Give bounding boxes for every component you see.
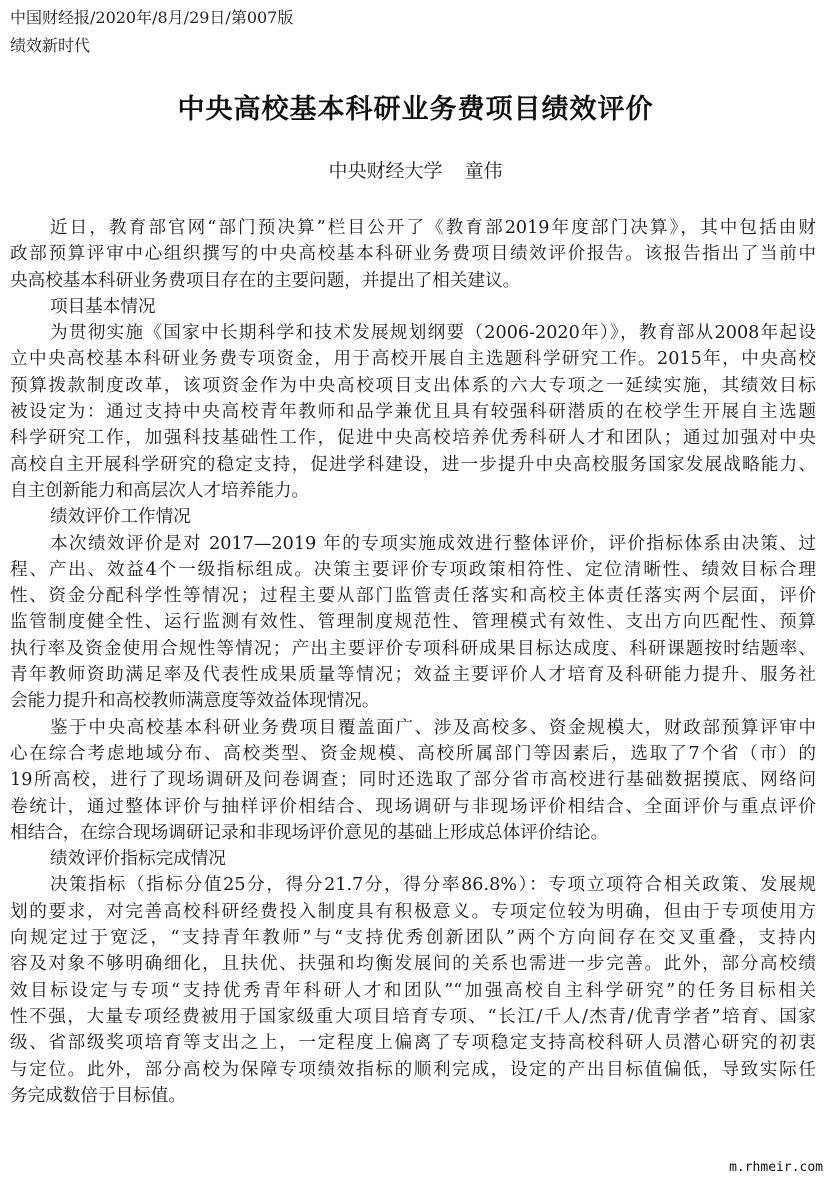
section-heading: 绩效评价指标完成情况 [10,846,816,872]
paragraph-line: 程、产出、效益4个一级指标组成。决策主要评价专项政策相符性、定位清晰性、绩效目标… [10,557,816,583]
paragraph-line: 性、资金分配科学性等情况；过程主要从部门监管责任落实和高校主体责任落实两个层面，… [10,583,816,609]
paragraph-line: 容及对象不够明确细化，且扶优、扶强和均衡发展间的关系也需进一步完善。此外，部分高… [10,951,816,977]
paragraph-line: 决策指标（指标分值25分，得分21.7分，得分率86.8%）：专项立项符合相关政… [10,872,816,898]
paragraph-line: 预算拨款制度改革，该项资金作为中央高校项目支出体系的六大专项之一延续实施，其绩效… [10,373,816,399]
paragraph-line: 会能力提升和高校教师满意度等效益体现情况。 [10,688,816,714]
source-line: 中国财经报/2020年/8月/29日/第007版 [10,8,293,28]
paragraph-line: 鉴于中央高校基本科研业务费项目覆盖面广、涉及高校多、资金规模大，财政部预算评审中 [10,715,816,741]
paragraph-line: 立中央高校基本科研业务费专项资金，用于高校开展自主选题科学研究工作。2015年，… [10,346,816,372]
paragraph-line: 自主创新能力和高层次人才培养能力。 [10,478,816,504]
paragraph-line: 19所高校，进行了现场调研及问卷调查；同时还选取了部分省市高校进行基础数据摸底、… [10,767,816,793]
paragraph-line: 效目标设定与专项“支持优秀青年科研人才和团队”“加强高校自主科学研究”的任务目标… [10,978,816,1004]
watermark: m.rhmeir.com [727,1160,825,1176]
paragraph-line: 卷统计，通过整体评价与抽样评价相结合、现场调研与非现场评价相结合、全面评价与重点… [10,794,816,820]
paragraph-line: 政部预算评审中心组织撰写的中央高校基本科研业务费项目绩效评价报告。该报告指出了当… [10,241,816,267]
paragraph-line: 为贯彻实施《国家中长期科学和技术发展规划纲要（2006-2020年）》，教育部从… [10,320,816,346]
section-heading: 项目基本情况 [10,294,816,320]
paragraph-line: 央高校基本科研业务费项目存在的主要问题，并提出了相关建议。 [10,268,816,294]
author-organization: 中央财经大学 [328,160,442,182]
paragraph: 决策指标（指标分值25分，得分21.7分，得分率86.8%）：专项立项符合相关政… [10,872,816,1109]
paragraph-line: 青年教师资助满足率及代表性成果质量等情况；效益主要评价人才培育及科研能力提升、服… [10,662,816,688]
paragraph: 本次绩效评价是对 2017—2019 年的专项实施成效进行整体评价，评价指标体系… [10,531,816,715]
paragraph-line: 近日，教育部官网“部门预决算”栏目公开了《教育部2019年度部门决算》，其中包括… [10,215,816,241]
paragraph-line: 务完成数倍于目标值。 [10,1083,816,1109]
heading-text: 绩效评价工作情况 [10,504,816,530]
heading-text: 项目基本情况 [10,294,816,320]
author-name: 童伟 [465,160,503,182]
paragraph-line: 高校自主开展科学研究的稳定支持，促进学科建设，进一步提升中央高校服务国家发展战略… [10,452,816,478]
paragraph-line: 向规定过于宽泛，“支持青年教师”与“支持优秀创新团队”两个方向间存在交叉重叠，支… [10,925,816,951]
paragraph-line: 监管制度健全性、运行监测有效性、管理制度规范性、管理模式有效性、支出方向匹配性、… [10,609,816,635]
paragraph-line: 与定位。此外，部分高校为保障专项绩效指标的顺利完成，设定的产出目标值偏低，导致实… [10,1057,816,1083]
paragraph: 近日，教育部官网“部门预决算”栏目公开了《教育部2019年度部门决算》，其中包括… [10,215,816,294]
heading-text: 绩效评价指标完成情况 [10,846,816,872]
paragraph-line: 相结合，在综合现场调研记录和非现场评价意见的基础上形成总体评价结论。 [10,820,816,846]
paragraph-line: 执行率及资金使用合规性等情况；产出主要评价专项科研成果目标达成度、科研课题按时结… [10,636,816,662]
column-name: 绩效新时代 [10,36,90,56]
paragraph-line: 划的要求，对完善高校科研经费投入制度具有积极意义。专项定位较为明确，但由于专项使… [10,899,816,925]
byline: 中央财经大学童伟 [0,158,831,184]
paragraph-line: 心在综合考虑地域分布、高校类型、资金规模、高校所属部门等因素后，选取了7个省（市… [10,741,816,767]
paragraph-line: 性不强，大量专项经费被用于国家级重大项目培育专项、“长江/千人/杰青/优青学者”… [10,1004,816,1030]
article-body: 近日，教育部官网“部门预决算”栏目公开了《教育部2019年度部门决算》，其中包括… [10,215,816,1109]
paragraph: 为贯彻实施《国家中长期科学和技术发展规划纲要（2006-2020年）》，教育部从… [10,320,816,504]
paragraph-line: 本次绩效评价是对 2017—2019 年的专项实施成效进行整体评价，评价指标体系… [10,531,816,557]
section-heading: 绩效评价工作情况 [10,504,816,530]
paragraph-line: 被设定为：通过支持中央高校青年教师和品学兼优且具有较强科研潜质的在校学生开展自主… [10,399,816,425]
paragraph: 鉴于中央高校基本科研业务费项目覆盖面广、涉及高校多、资金规模大，财政部预算评审中… [10,715,816,846]
article-title: 中央高校基本科研业务费项目绩效评价 [0,92,831,128]
paragraph-line: 科学研究工作，加强科技基础性工作，促进中央高校培养优秀科研人才和团队；通过加强对… [10,425,816,451]
paragraph-line: 级、省部级奖项培育等支出之上，一定程度上偏离了专项稳定支持高校科研人员潜心研究的… [10,1030,816,1056]
